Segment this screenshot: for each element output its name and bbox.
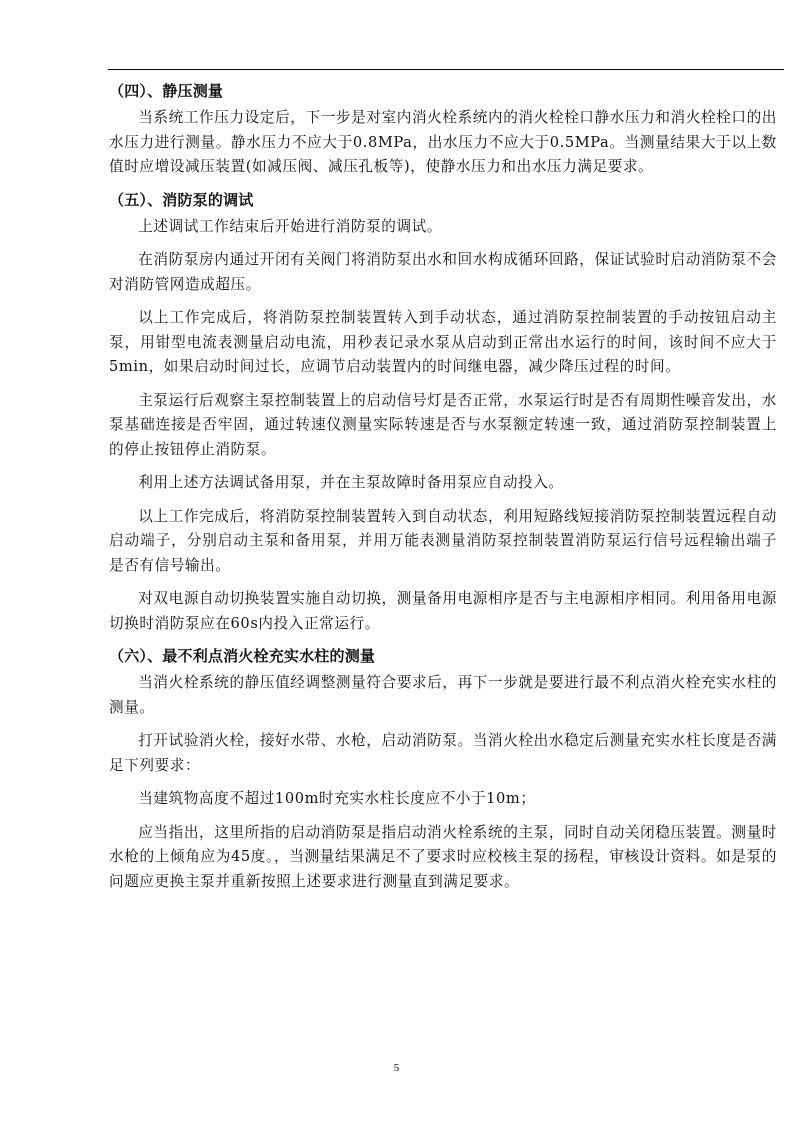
header-rule: [108, 69, 784, 70]
paragraph: 利用上述方法调试备用泵，并在主泵故障时备用泵应自动投入。: [109, 471, 777, 496]
section-heading: （四）、静压测量: [109, 80, 777, 102]
section-static-pressure: （四）、静压测量 当系统工作压力设定后，下一步是对室内消火栓系统内的消火栓栓口静…: [109, 80, 777, 180]
document-body: （四）、静压测量 当系统工作压力设定后，下一步是对室内消火栓系统内的消火栓栓口静…: [109, 80, 777, 903]
section-water-column-measurement: （六）、最不利点消火栓充实水柱的测量 当消火栓系统的静压值经调整测量符合要求后，…: [109, 645, 777, 894]
paragraph: 上述调试工作结束后开始进行消防泵的调试。: [109, 215, 777, 240]
section-heading: （五）、消防泵的调试: [109, 189, 777, 211]
paragraph: 以上工作完成后，将消防泵控制装置转入到手动状态，通过消防泵控制装置的手动按钮启动…: [109, 306, 777, 380]
paragraph: 在消防泵房内通过开闭有关阀门将消防泵出水和回水构成循环回路，保证试验时启动消防泵…: [109, 248, 777, 297]
paragraph: 应当指出，这里所指的启动消防泵是指启动消火栓系统的主泵，同时自动关闭稳压装置。测…: [109, 821, 777, 895]
paragraph: 当建筑物高度不超过100m时充实水柱长度应不小于10m；: [109, 787, 777, 812]
paragraph: 以上工作完成后，将消防泵控制装置转入到自动状态，利用短路线短接消防泵控制装置远程…: [109, 505, 777, 579]
section-pump-commissioning: （五）、消防泵的调试 上述调试工作结束后开始进行消防泵的调试。 在消防泵房内通过…: [109, 189, 777, 637]
page-number: 5: [0, 1062, 793, 1074]
paragraph: 当消火栓系统的静压值经调整测量符合要求后，再下一步就是要进行最不利点消火栓充实水…: [109, 671, 777, 720]
paragraph: 对双电源自动切换装置实施自动切换，测量备用电源相序是否与主电源相序相同。利用备用…: [109, 587, 777, 636]
section-heading: （六）、最不利点消火栓充实水柱的测量: [109, 645, 777, 667]
paragraph: 主泵运行后观察主泵控制装置上的启动信号灯是否正常，水泵运行时是否有周期性噪音发出…: [109, 389, 777, 463]
paragraph: 当系统工作压力设定后，下一步是对室内消火栓系统内的消火栓栓口静水压力和消火栓栓口…: [109, 106, 777, 180]
paragraph: 打开试验消火栓，接好水带、水枪，启动消防泵。当消火栓出水稳定后测量充实水柱长度是…: [109, 729, 777, 778]
